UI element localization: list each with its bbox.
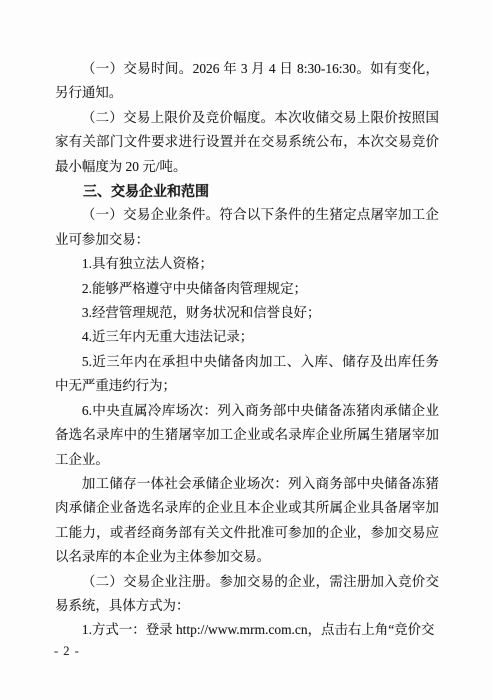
condition-item-3: 3.经营管理规范，财务状况和信誉良好； [55, 301, 439, 325]
para-registration: （二）交易企业注册。参加交易的企业，需注册加入竞价交易系统，具体方式为： [55, 570, 439, 619]
document-page: （一）交易时间。2026 年 3 月 4 日 8:30-16:30。如有变化，另… [0, 0, 493, 700]
document-body: （一）交易时间。2026 年 3 月 4 日 8:30-16:30。如有变化，另… [55, 57, 439, 643]
condition-item-1: 1.具有独立法人资格； [55, 252, 439, 276]
condition-item-5: 5.近三年内在承担中央储备肉加工、入库、储存及出库任务中无严重违约行为； [55, 350, 439, 399]
para-price-cap: （二）交易上限价及竞价幅度。本次收储交易上限价按照国家有关部门文件要求进行设置并… [55, 106, 439, 179]
condition-item-4: 4.近三年内无重大违法记录； [55, 325, 439, 349]
condition-item-2: 2.能够严格遵守中央储备肉管理规定； [55, 277, 439, 301]
para-method-one: 1.方式一：登录 http://www.mrm.com.cn，点击右上角“竞价交 [55, 618, 439, 642]
condition-item-6: 6.中央直属冷库场次：列入商务部中央储备冻猪肉承储企业备选名录库中的生猪屠宰加工… [55, 399, 439, 472]
section-heading-enterprises: 三、交易企业和范围 [55, 179, 439, 203]
page-number: - 2 - [54, 644, 80, 659]
para-integrated-storage: 加工储存一体社会承储企业场次：列入商务部中央储备冻猪肉承储企业备选名录库的企业且… [55, 472, 439, 570]
para-trade-time: （一）交易时间。2026 年 3 月 4 日 8:30-16:30。如有变化，另… [55, 57, 439, 106]
para-enterprise-conditions: （一）交易企业条件。符合以下条件的生猪定点屠宰加工企业可参加交易： [55, 203, 439, 252]
